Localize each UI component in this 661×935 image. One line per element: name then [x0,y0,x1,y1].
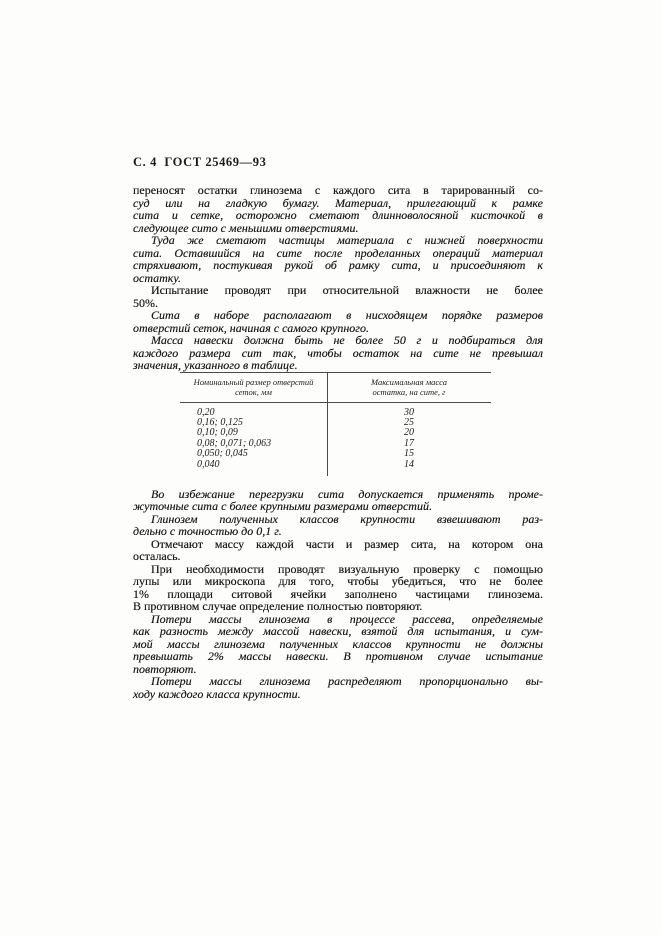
text-line: переносят остатки глинозема с каждого си… [133,184,543,197]
paragraph: При необходимости проводят визуальную пр… [133,563,543,613]
table-vertical-rule [327,372,328,476]
paragraph: Испытание проводят при относительной вла… [133,284,543,309]
text-line: сита и сетке, осторожно сметают длинново… [133,209,543,222]
page-header: С. 4 ГОСТ 25469—93 [133,155,266,170]
mesh-size-cell: 0,040 [180,460,327,470]
table-header-cell: Номинальный размер отверстийсеток, мм [180,373,327,402]
sieve-residue-table: Номинальный размер отверстийсеток, ммМак… [180,372,491,476]
table-row: 0,04014 [180,460,491,470]
document-page: С. 4 ГОСТ 25469—93 переносят остатки гли… [0,0,661,935]
paragraph: Во избежание перегрузки сита допускается… [133,488,543,513]
paragraph: переносят остатки глинозема с каждого си… [133,184,543,234]
text-line: ходу каждого класса крупности. [133,688,543,701]
table-header-line: сеток, мм [182,387,325,398]
paragraph: Масса навески должна быть не более 50 г … [133,334,543,372]
mesh-size-cell: 0,050; 0,045 [180,449,327,459]
table-header-line: Максимальная масса [329,377,489,388]
text-line: Масса навески должна быть не более 50 г … [133,334,543,347]
paragraph: Глинозем полученных классов крупности вз… [133,513,543,538]
text-line: Сита в наборе располагают в нисходящем п… [133,309,543,322]
table-row: 0,050; 0,04515 [180,449,491,459]
text-line: стряхивают, постукивая рукой об рамку си… [133,259,543,272]
max-residue-cell: 15 [327,449,491,459]
max-residue-cell: 14 [327,460,491,470]
text-line: Испытание проводят при относительной вла… [133,284,543,297]
text-line: Отмечают массу каждой части и размер сит… [133,538,543,551]
paragraph: Отмечают массу каждой части и размер сит… [133,538,543,563]
table-header-cell: Максимальная массаостатка, на сите, г [327,373,491,402]
text-line: значения, указанного в таблице. [133,359,543,372]
table-header-row: Номинальный размер отверстийсеток, ммМак… [180,372,491,403]
table-header-line: Номинальный размер отверстий [182,377,325,388]
document-body: переносят остатки глинозема с каждого си… [133,184,543,700]
paragraph: Потери массы глинозема в процессе рассев… [133,613,543,676]
paragraph: Туда же сметают частицы материала с нижн… [133,234,543,284]
table-header-line: остатка, на сите, г [329,387,489,398]
table-body: 0,20300,16; 0,125250,10; 0,09200,08; 0,0… [180,403,491,476]
paragraph: Потери массы глинозема распределяют проп… [133,675,543,700]
text-line: Туда же сметают частицы материала с нижн… [133,234,543,247]
paragraph: Сита в наборе располагают в нисходящем п… [133,309,543,334]
